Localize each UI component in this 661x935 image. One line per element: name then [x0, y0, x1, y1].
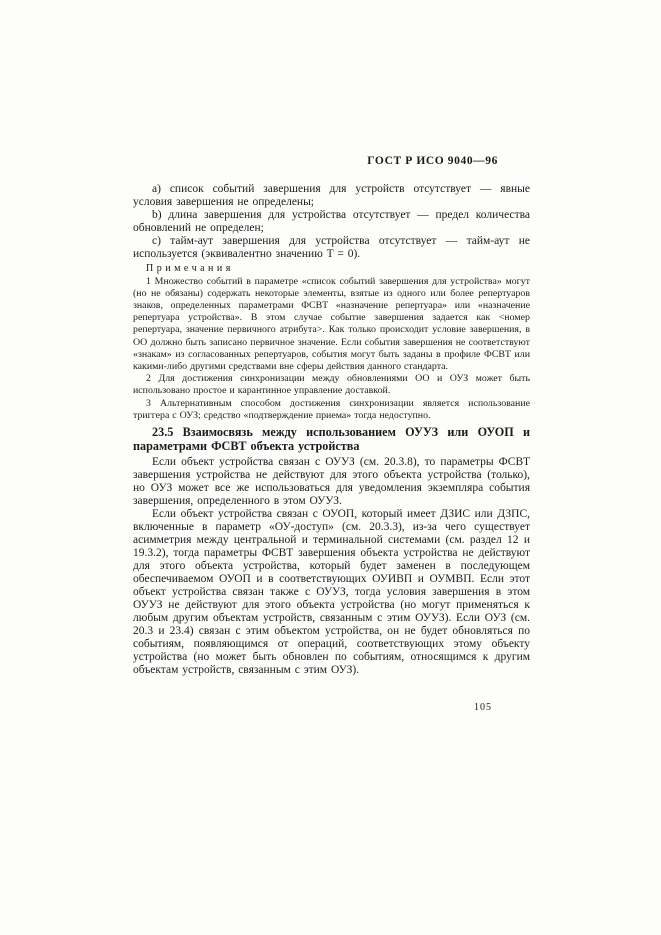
- note-3: 3 Альтернативным способом достижения син…: [133, 398, 530, 422]
- page-number: 105: [474, 702, 492, 714]
- notes-heading: Примечания: [133, 263, 530, 276]
- note-1: 1 Множество событий в параметре «список …: [133, 276, 530, 374]
- running-header: ГОСТ Р ИСО 9040—96: [133, 155, 530, 168]
- list-item-a: a) список событий завершения для устройс…: [133, 183, 530, 209]
- document-page: ГОСТ Р ИСО 9040—96 a) список событий зав…: [0, 0, 661, 935]
- list-item-c: c) тайм-аут завершения для устройства от…: [133, 235, 530, 261]
- text-column: ГОСТ Р ИСО 9040—96 a) список событий зав…: [133, 155, 530, 677]
- note-2: 2 Для достижения синхронизации между обн…: [133, 373, 530, 397]
- list-item-b: b) длина завершения для устройства отсут…: [133, 209, 530, 235]
- paragraph-2: Если объект устройства связан с ОУОП, ко…: [133, 508, 530, 677]
- paragraph-1: Если объект устройства связан с ОУУЗ (см…: [133, 456, 530, 508]
- section-heading-23-5: 23.5 Взаимосвязь между использованием ОУ…: [133, 425, 530, 454]
